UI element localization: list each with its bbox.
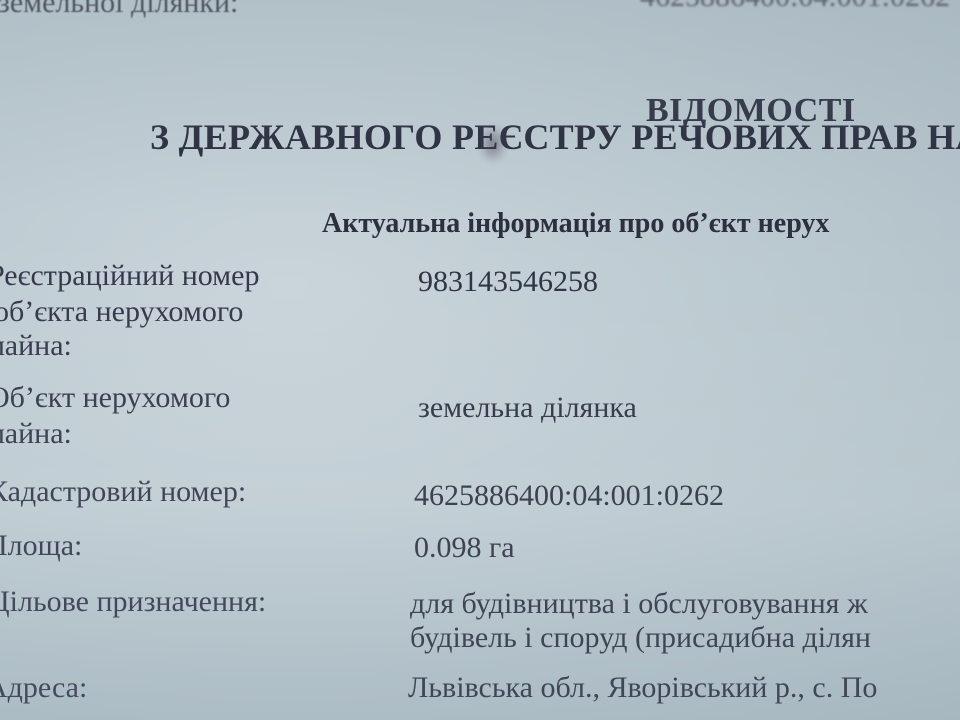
- label-cadastral-number: Кадастровий номер:: [0, 474, 246, 510]
- section-heading: Актуальна інформація про об’єкт нерух: [322, 208, 829, 240]
- value-purpose-line1: для будівництва і обслуговування ж: [410, 586, 868, 622]
- value-object-type: земельна ділянка: [418, 390, 637, 426]
- label-registration-number-line3: майна:: [0, 328, 72, 364]
- label-object-type-line2: майна:: [0, 416, 72, 452]
- ink-smudge: [478, 124, 508, 164]
- label-area: Площа:: [0, 528, 82, 564]
- value-cadastral-number: 4625886400:04:001:0262: [414, 478, 724, 514]
- label-purpose: Цільове призначення:: [0, 584, 266, 620]
- document-title-line2: З ДЕРЖАВНОГО РЕЄСТРУ РЕЧОВИХ ПРАВ НА: [150, 116, 960, 158]
- label-object-type-line1: Об’єкт нерухомого: [0, 380, 230, 416]
- value-area: 0.098 га: [414, 530, 515, 566]
- label-registration-number-line1: Реєстраційний номер: [0, 258, 259, 294]
- value-registration-number: 983143546258: [418, 264, 598, 300]
- label-registration-number-line2: об’єкта нерухомого: [0, 294, 243, 330]
- previous-field-value: 4625886400:04:001:0262: [640, 0, 950, 14]
- value-purpose-line2: будівель і споруд (присадибна ділян: [410, 620, 871, 656]
- previous-field-label: земельної ділянки:: [0, 0, 238, 20]
- label-address: Адреса:: [0, 670, 87, 706]
- value-address: Львівська обл., Яворівський р., с. По: [408, 670, 877, 706]
